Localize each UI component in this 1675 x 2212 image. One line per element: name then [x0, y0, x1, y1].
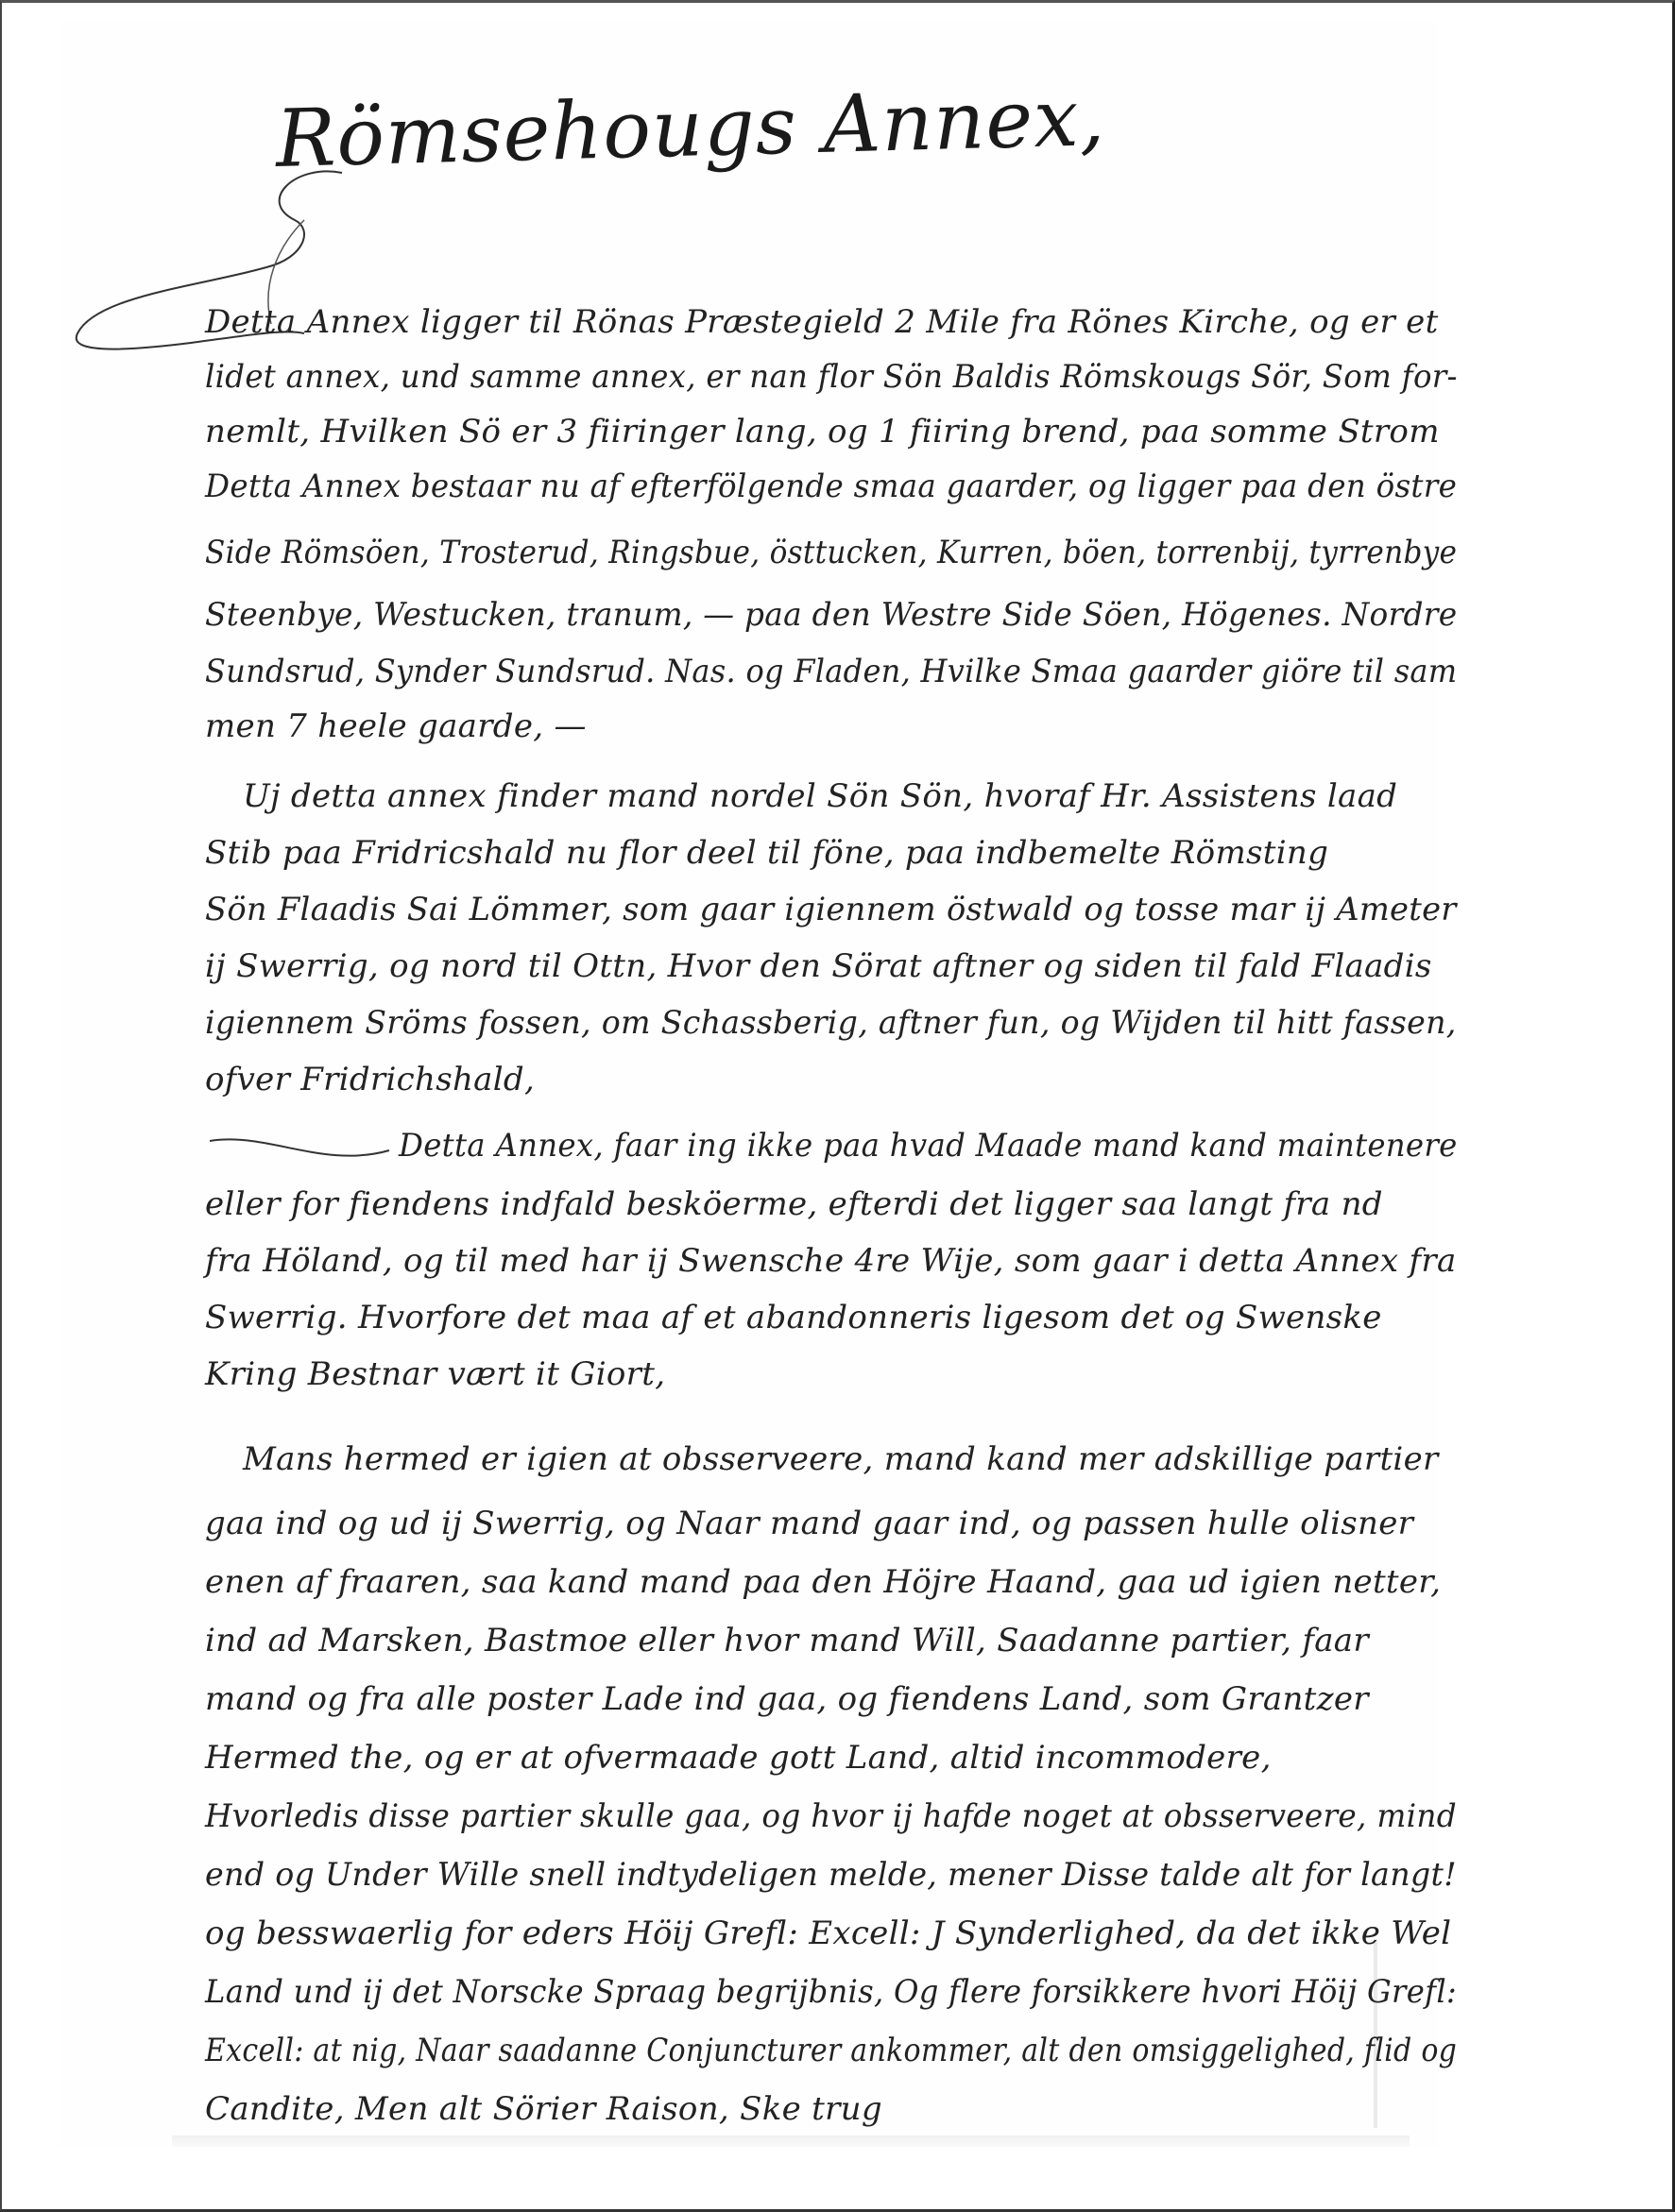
manuscript-line: gaa ind og ud ij Swerrig, og Naar mand g…	[205, 1505, 1413, 1542]
manuscript-line: Kring Bestnar vært it Giort,	[205, 1355, 665, 1393]
manuscript-line: eller for fiendens indfald besköerme, ef…	[205, 1185, 1383, 1223]
manuscript-line: fra Höland, og til med har ij Swensche 4…	[205, 1242, 1457, 1280]
manuscript-line: Side Römsöen, Trosterud, Ringsbue, östtu…	[205, 534, 1457, 571]
manuscript-line: Mans hermed er igien at obsserveere, man…	[243, 1440, 1439, 1478]
manuscript-line: nemlt, Hvilken Sö er 3 fiiringer lang, o…	[205, 413, 1440, 451]
manuscript-line: Detta Annex bestaar nu af efterfölgende …	[205, 468, 1457, 505]
manuscript-line: Hermed the, og er at ofvermaade gott Lan…	[205, 1739, 1272, 1777]
manuscript-line: mand og fra alle poster Lade ind gaa, og…	[205, 1680, 1369, 1718]
manuscript-line: Swerrig. Hvorfore det maa af et abandonn…	[205, 1299, 1382, 1336]
paragraph-flourish-icon	[210, 1132, 399, 1169]
manuscript-line: Hvorledis disse partier skulle gaa, og h…	[205, 1797, 1457, 1835]
manuscript-line: Sundsrud, Synder Sundsrud. Nas. og Flade…	[205, 653, 1457, 690]
manuscript-line: Steenbye, Westucken, tranum, — paa den W…	[205, 596, 1457, 634]
manuscript-line: og besswaerlig for eders Höij Grefl: Exc…	[205, 1914, 1451, 1952]
page-frame: Römsehougs Annex, Detta Annex ligger til…	[0, 0, 1675, 2212]
manuscript-line: ind ad Marsken, Bastmoe eller hvor mand …	[205, 1622, 1369, 1659]
manuscript-line: enen af fraaren, saa kand mand paa den H…	[205, 1563, 1441, 1601]
manuscript-line: end og Under Wille snell indtydeligen me…	[205, 1856, 1457, 1894]
manuscript-line: Detta Annex, faar ing ikke paa hvad Maad…	[399, 1127, 1458, 1165]
manuscript-line: Excell: at nig, Naar saadanne Conjunctur…	[205, 2032, 1457, 2069]
manuscript-line: lidet annex, und samme annex, er nan flo…	[205, 358, 1458, 396]
manuscript-line: Land und ij det Norscke Spraag begrijbni…	[205, 1973, 1457, 2011]
manuscript-line: ij Swerrig, og nord til Ottn, Hvor den S…	[205, 947, 1432, 985]
manuscript-line: ofver Fridrichshald,	[205, 1061, 535, 1098]
manuscript-line: Uj detta annex finder mand nordel Sön Sö…	[243, 777, 1397, 815]
manuscript-line: Sön Flaadis Sai Lömmer, som gaar igienne…	[205, 891, 1457, 928]
manuscript-line: igiennem Sröms fossen, om Schassberig, a…	[205, 1004, 1457, 1042]
scan-bottom-edge	[172, 2135, 1410, 2147]
manuscript-line: Candite, Men alt Sörier Raison, Ske trug	[205, 2090, 882, 2128]
manuscript-line: Stib paa Fridricshald nu flor deel til f…	[205, 834, 1328, 872]
manuscript-line: Detta Annex ligger til Rönas Præstegield…	[205, 303, 1439, 341]
manuscript-line: men 7 heele gaarde, —	[205, 707, 587, 745]
